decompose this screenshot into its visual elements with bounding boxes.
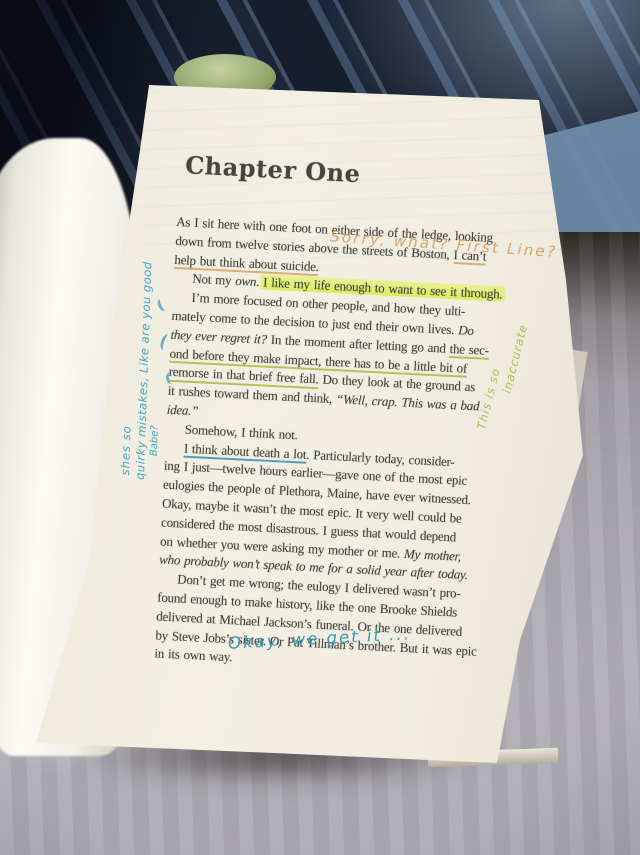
margin-note-left: shes so quirky mistakes, Like are you go…	[118, 239, 174, 481]
text-segment: Not my	[192, 271, 236, 288]
text-segment: own	[235, 273, 257, 289]
margin-note-left-line3: Babe?	[149, 425, 161, 456]
text-segment: idea.”	[166, 402, 198, 419]
text-segment: Somehow, I think not.	[185, 421, 298, 442]
text-segment: the sec-	[449, 341, 489, 360]
margin-note-left-line1: shes so	[118, 425, 134, 475]
pen-squiggle-icon	[165, 371, 177, 384]
text-segment: My mother,	[404, 545, 462, 563]
text-segment: they ever regret it?	[170, 327, 267, 347]
photo-scene: Chapter One As I sit here with one foot …	[0, 0, 640, 855]
book-text-lines: As I sit here with one foot on either si…	[154, 213, 554, 683]
text-segment: Do	[458, 322, 474, 338]
text-segment: in its own way.	[154, 646, 233, 665]
margin-note-right-line2: inaccurate	[500, 323, 531, 395]
